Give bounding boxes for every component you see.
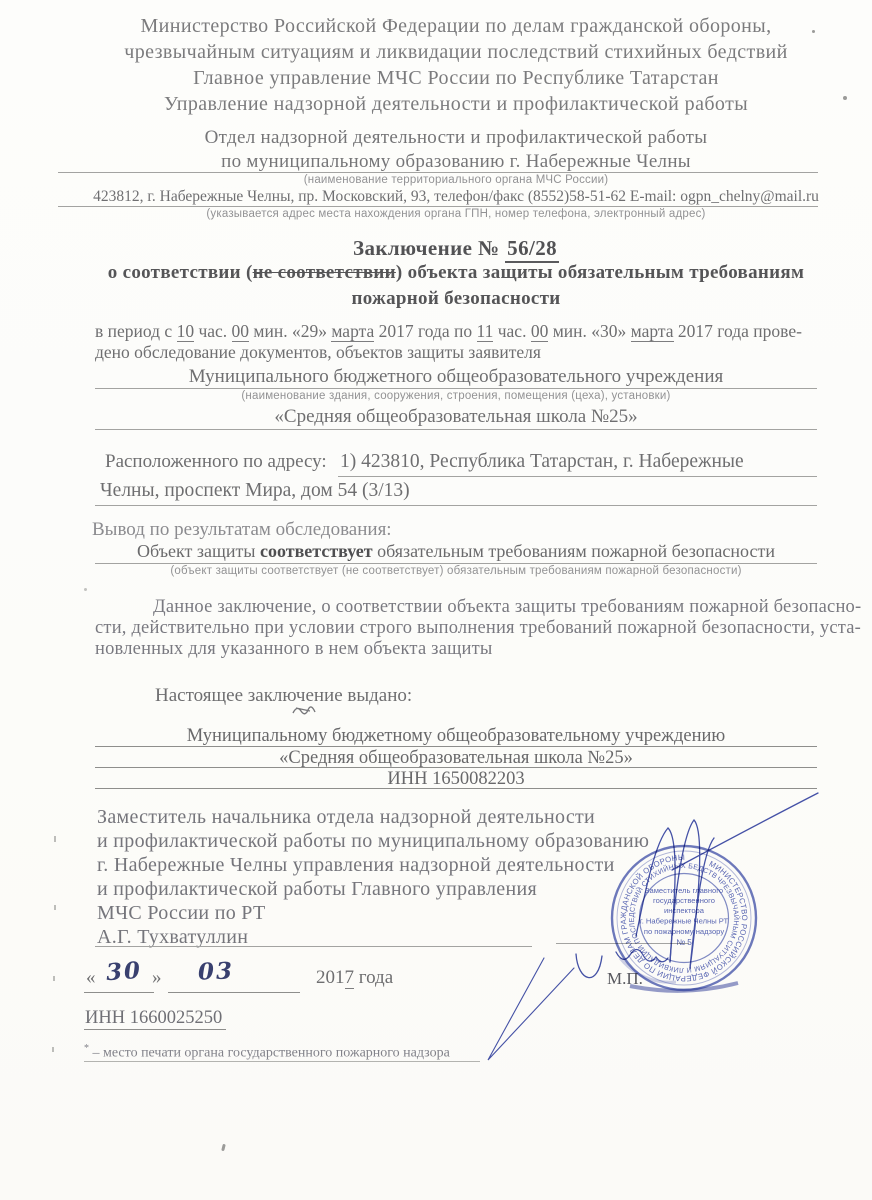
- period-text: в период с: [95, 321, 177, 341]
- document-page: Министерство Российской Федерации по дел…: [0, 0, 872, 1200]
- date-year-last-digit: 7: [345, 967, 355, 989]
- location-rule-2: [95, 505, 817, 506]
- validity-line-3: новленных для указанного в нем объекта з…: [95, 639, 493, 660]
- period-text: 2017 года по: [374, 321, 476, 341]
- period-hour-to: 11: [477, 321, 494, 342]
- department-line-1: Отдел надзорной деятельности и профилакт…: [56, 127, 856, 149]
- footnote-rule: [84, 1061, 480, 1062]
- issued-heading: Настоящее заключение выдано:: [155, 685, 412, 707]
- period-text: мин. «29»: [249, 321, 331, 341]
- doc-number: 56/28: [505, 236, 559, 263]
- handwritten-month: 03: [198, 957, 235, 985]
- issued-org-rule: [95, 746, 817, 747]
- scan-tick: [53, 976, 55, 981]
- date-year: 2017 года: [316, 967, 393, 989]
- footnote-text: – место печати органа государственного п…: [93, 1046, 450, 1061]
- period-min-to: 00: [531, 321, 549, 342]
- period-text: час.: [194, 321, 231, 341]
- issued-school: «Средняя общеобразовательная школа №25»: [56, 748, 856, 769]
- location-value-2: Челны, проспект Мира, дом 54 (3/13): [100, 480, 410, 502]
- handwritten-day: 30: [105, 957, 143, 986]
- object-caption: (наименование здания, сооружения, строен…: [56, 390, 856, 402]
- issued-org: Муниципальному бюджетному общеобразовате…: [56, 726, 856, 747]
- period-month-from: марта: [331, 321, 374, 342]
- header-line-3: Главное управление МЧС России по Республ…: [56, 67, 856, 90]
- date-year-word: года: [359, 967, 393, 988]
- address-caption: (указывается адрес места нахождения орга…: [56, 208, 856, 220]
- date-quote-close: »: [152, 967, 162, 989]
- footnote: * – место печати органа государственного…: [84, 1043, 450, 1062]
- result-verdict: соответствует: [260, 541, 373, 561]
- footnote-mark: *: [84, 1043, 89, 1054]
- period-line-2: дено обследование документов, объектов з…: [95, 342, 541, 363]
- doc-subtitle-1: о соответствии (не соответствии) объекта…: [56, 262, 856, 284]
- result-line: Объект защиты соответствует обязательным…: [56, 541, 856, 562]
- period-text: 2017 года прове-: [674, 321, 802, 341]
- date-day-rule: [84, 992, 154, 993]
- location-label: Расположенного по адресу:: [105, 451, 327, 473]
- date-month-rule: [168, 992, 300, 993]
- scan-speck: [843, 96, 847, 100]
- doc-title-prefix: Заключение №: [353, 236, 505, 260]
- department-caption: (наименование территориального органа МЧ…: [56, 174, 856, 186]
- subtitle-text-b: ) объекта защиты обязательным требования…: [396, 262, 804, 283]
- doc-subtitle-2: пожарной безопасности: [56, 288, 856, 310]
- signer-line-5: МЧС России по РТ: [97, 902, 266, 925]
- department-line-2: по муниципальному образованию г. Набереж…: [56, 151, 856, 173]
- authority-inn-rule: [84, 1029, 226, 1030]
- scan-speck: [84, 588, 87, 591]
- object-school-rule: [95, 429, 817, 430]
- result-rule: [95, 563, 817, 564]
- header-line-2: чрезвычайным ситуациям и ликвидации посл…: [56, 41, 856, 64]
- period-line-1: в период с 10 час. 00 мин. «29» марта 20…: [95, 321, 802, 342]
- subtitle-text-a: о соответствии (: [108, 262, 253, 283]
- doc-title: Заключение № 56/28: [56, 236, 856, 261]
- scan-speck: [221, 1144, 226, 1152]
- signature-ink: [440, 768, 872, 1108]
- date-quote-open: «: [86, 967, 96, 989]
- scan-speck: [812, 30, 815, 33]
- result-heading: Вывод по результатам обследования:: [92, 519, 392, 541]
- result-caption: (объект защиты соответствует (не соответ…: [56, 565, 856, 577]
- location-value-1: 1) 423810, Республика Татарстан, г. Набе…: [340, 451, 744, 473]
- department-address: 423812, г. Набережные Челны, пр. Московс…: [56, 188, 856, 206]
- header-line-1: Министерство Российской Федерации по дел…: [56, 15, 856, 38]
- object-school: «Средняя общеобразовательная школа №25»: [56, 406, 856, 428]
- ink-scribble: [291, 703, 317, 717]
- date-year-prefix: 201: [316, 967, 345, 988]
- period-min-from: 00: [232, 321, 250, 342]
- validity-line-1: Данное заключение, о соответствии объект…: [95, 597, 861, 618]
- period-hour-from: 10: [177, 321, 195, 342]
- result-text-a: Объект защиты: [137, 541, 260, 561]
- period-month-to: марта: [631, 321, 674, 342]
- header-line-4: Управление надзорной деятельности и проф…: [56, 93, 856, 116]
- object-org-rule: [95, 388, 817, 389]
- department-rule: [58, 172, 818, 173]
- period-text: час.: [493, 321, 530, 341]
- period-text: мин. «30»: [548, 321, 630, 341]
- validity-line-2: сти, действительно при условии строго вы…: [95, 618, 861, 639]
- authority-inn: ИНН 1660025250: [85, 1008, 222, 1029]
- result-text-b: обязательным требованиям пожарной безопа…: [373, 541, 775, 561]
- address-rule: [58, 206, 818, 207]
- scan-tick: [54, 905, 56, 910]
- location-rule-1: [338, 476, 817, 477]
- scan-tick: [52, 1047, 54, 1052]
- struck-option: не соответствии: [253, 262, 396, 283]
- object-org: Муниципального бюджетного общеобразовате…: [56, 366, 856, 388]
- scan-tick: [54, 836, 56, 842]
